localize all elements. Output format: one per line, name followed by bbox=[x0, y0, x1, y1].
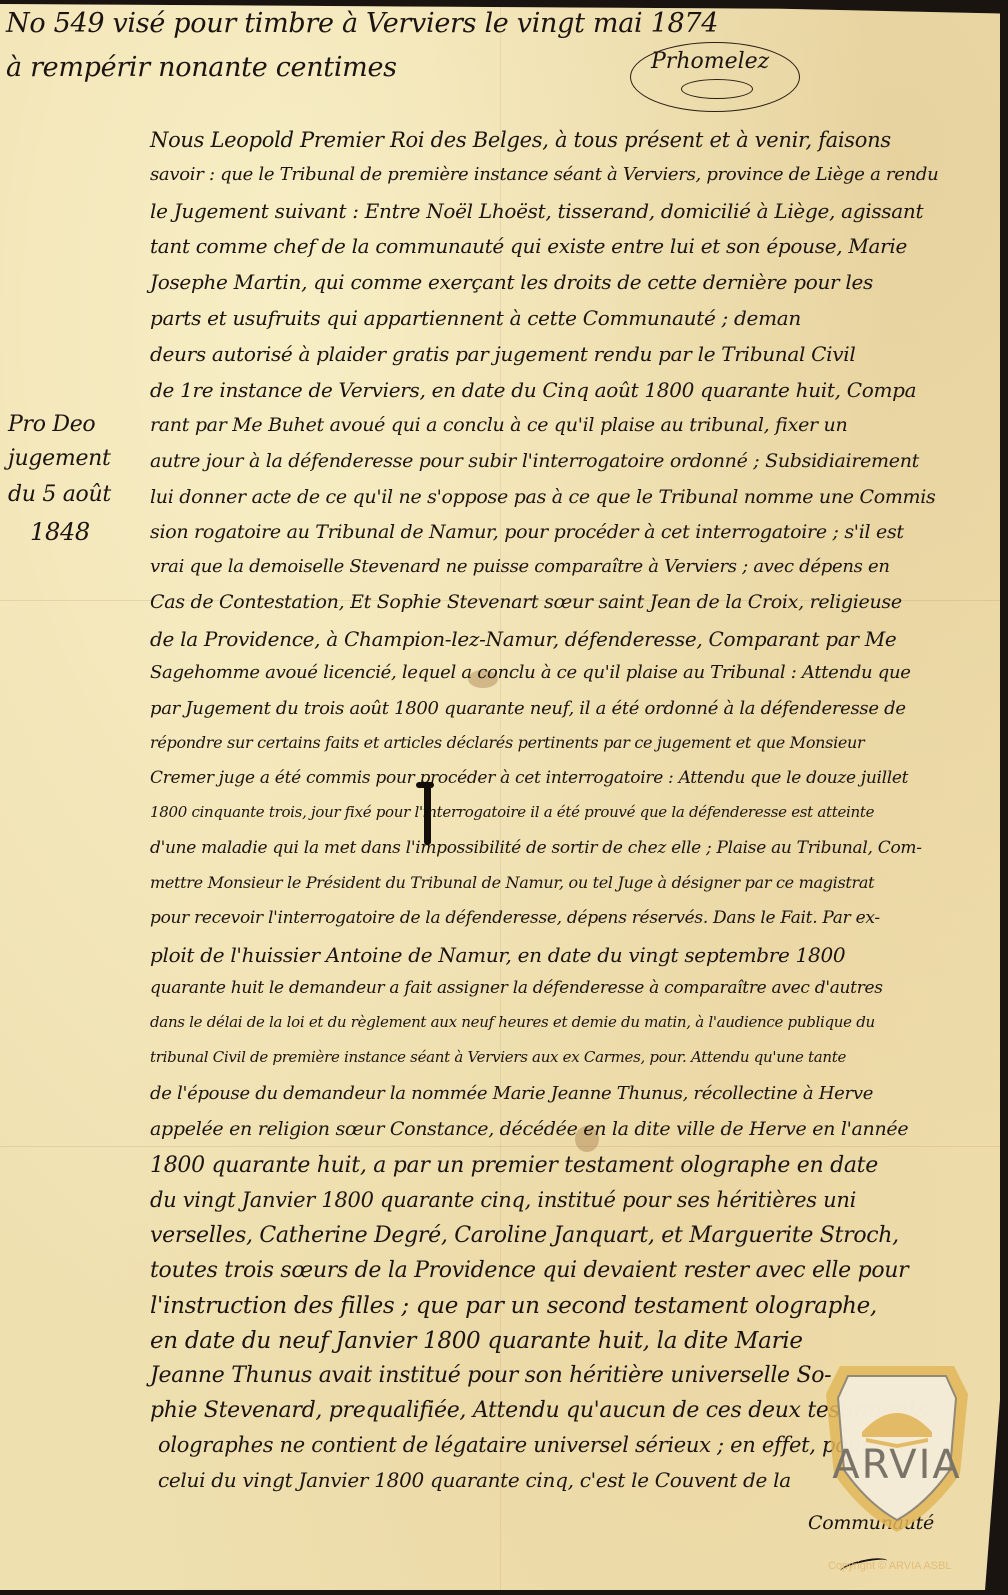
margin-note-line: 1848 bbox=[30, 518, 90, 546]
margin-note-line: jugement bbox=[8, 446, 111, 471]
margin-note-line: Pro Deo bbox=[8, 412, 95, 437]
body-line: le Jugement suivant : Entre Noël Lhoëst,… bbox=[150, 199, 923, 223]
header-line-2: à rempérir nonante centimes bbox=[6, 52, 397, 83]
body-line: sion rogatoire au Tribunal de Namur, pou… bbox=[150, 521, 904, 543]
body-line: toutes trois sœurs de la Providence qui … bbox=[150, 1258, 908, 1283]
body-line: 1800 cinquante trois, jour fixé pour l'i… bbox=[150, 803, 874, 821]
body-line: de 1re instance de Verviers, en date du … bbox=[150, 378, 916, 402]
body-line: de la Providence, à Champion-lez-Namur, … bbox=[150, 627, 896, 651]
header-line-1: No 549 visé pour timbre à Verviers le vi… bbox=[6, 8, 718, 39]
body-line: d'une maladie qui la met dans l'impossib… bbox=[150, 838, 922, 858]
margin-note-line: du 5 août bbox=[8, 482, 111, 507]
body-line: autre jour à la défenderesse pour subir … bbox=[150, 450, 919, 472]
body-line: phie Stevenard, prequalifiée, Attendu qu… bbox=[150, 1398, 928, 1423]
body-line: Cremer juge a été commis pour procéder à… bbox=[150, 768, 908, 788]
body-line: lui donner acte de ce qu'il ne s'oppose … bbox=[150, 486, 936, 508]
body-line: par Jugement du trois août 1800 quarante… bbox=[150, 698, 906, 719]
body-line: rant par Me Buhet avoué qui a conclu à c… bbox=[150, 414, 847, 436]
body-line: Jeanne Thunus avait institué pour son hé… bbox=[150, 1363, 831, 1388]
body-line: deurs autorisé à plaider gratis par juge… bbox=[150, 342, 855, 366]
body-line: appelée en religion sœur Constance, décé… bbox=[150, 1118, 908, 1140]
body-line: en date du neuf Janvier 1800 quarante hu… bbox=[150, 1328, 803, 1354]
body-line: répondre sur certains faits et articles … bbox=[150, 733, 864, 752]
body-line: dans le délai de la loi et du règlement … bbox=[150, 1013, 875, 1031]
body-line: ploit de l'huissier Antoine de Namur, en… bbox=[150, 943, 845, 967]
body-line: du vingt Janvier 1800 quarante cinq, ins… bbox=[150, 1188, 856, 1212]
signature-stamp: Prhomelez bbox=[630, 42, 800, 112]
body-line: de l'épouse du demandeur la nommée Marie… bbox=[150, 1083, 873, 1104]
stamp-signature: Prhomelez bbox=[651, 49, 769, 74]
body-line: celui du vingt Janvier 1800 quarante cin… bbox=[158, 1468, 791, 1492]
body-line: Nous Leopold Premier Roi des Belges, à t… bbox=[150, 128, 891, 152]
ink-blot bbox=[424, 785, 431, 845]
body-line: mettre Monsieur le Président du Tribunal… bbox=[150, 873, 874, 892]
watermark-label: ARVIA bbox=[822, 1442, 972, 1488]
body-line: savoir : que le Tribunal de première ins… bbox=[150, 164, 938, 185]
body-line: quarante huit le demandeur a fait assign… bbox=[150, 978, 883, 998]
body-line: Sagehomme avoué licencié, lequel a concl… bbox=[150, 662, 911, 683]
body-line: vrai que la demoiselle Stevenard ne puis… bbox=[150, 556, 890, 577]
body-line: Cas de Contestation, Et Sophie Stevenart… bbox=[150, 591, 902, 613]
arvia-watermark: ARVIA bbox=[822, 1354, 972, 1539]
body-line: parts et usufruits qui appartiennent à c… bbox=[150, 306, 801, 330]
copyright-notice: Copyright © ARVIA ASBL bbox=[828, 1560, 951, 1572]
body-line: l'instruction des filles ; que par un se… bbox=[150, 1293, 877, 1319]
body-line: tant comme chef de la communauté qui exi… bbox=[150, 234, 907, 258]
body-line: pour recevoir l'interrogatoire de la déf… bbox=[150, 908, 880, 928]
stamp-flourish-icon bbox=[681, 79, 753, 99]
body-line: Josephe Martin, qui comme exerçant les d… bbox=[150, 270, 873, 294]
body-line: verselles, Catherine Degré, Caroline Jan… bbox=[150, 1223, 899, 1248]
body-line: 1800 quarante huit, a par un premier tes… bbox=[150, 1153, 878, 1178]
body-line: tribunal Civil de première instance séan… bbox=[150, 1048, 846, 1066]
body-line: olographes ne contient de légataire univ… bbox=[158, 1433, 870, 1457]
